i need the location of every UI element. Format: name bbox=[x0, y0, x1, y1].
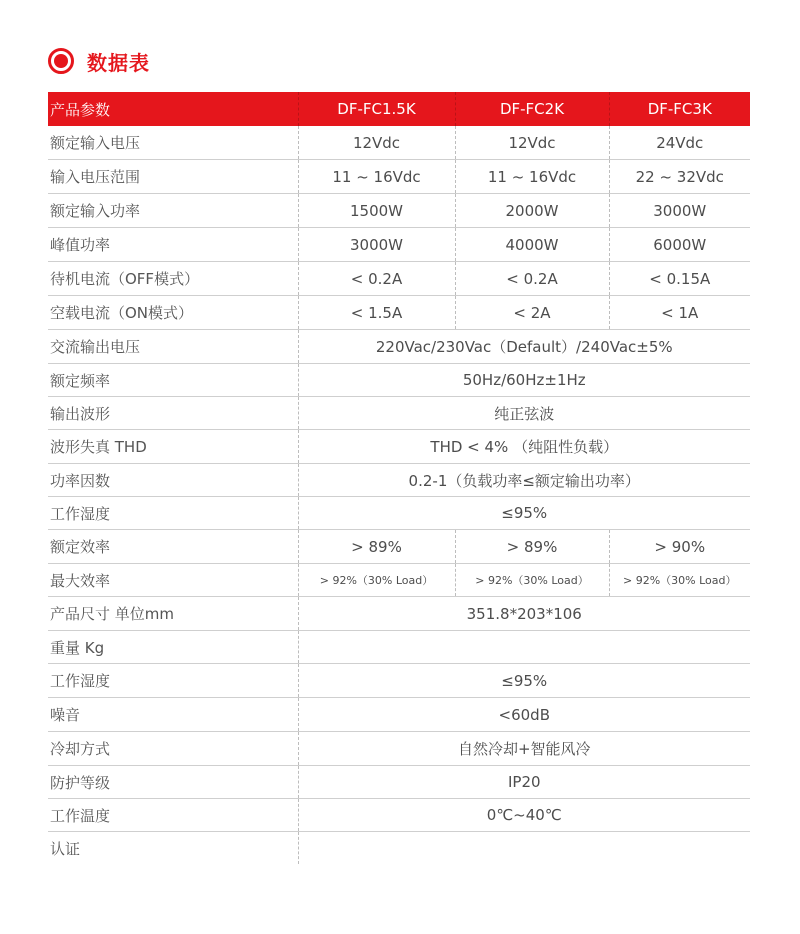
table-row: 输出波形纯正弦波 bbox=[48, 397, 750, 430]
cell-value-merged: 351.8*203*106 bbox=[298, 597, 750, 631]
column-header-model: DF-FC2K bbox=[455, 92, 609, 126]
cell-value-merged: 220Vac/230Vac（Default）/240Vac±5% bbox=[298, 330, 750, 364]
record-circle-icon bbox=[48, 48, 74, 74]
table-row: 空载电流（ON模式）< 1.5A< 2A< 1A bbox=[48, 296, 750, 330]
row-label: 功率因数 bbox=[48, 464, 298, 497]
cell-value: < 2A bbox=[455, 296, 609, 330]
table-header-row: 产品参数 DF-FC1.5K DF-FC2K DF-FC3K bbox=[48, 92, 750, 126]
cell-value-merged: 纯正弦波 bbox=[298, 397, 750, 430]
cell-value: > 92%（30% Load） bbox=[455, 564, 609, 597]
table-row: 峰值功率3000W4000W6000W bbox=[48, 228, 750, 262]
cell-value: 2000W bbox=[455, 194, 609, 228]
row-label: 待机电流（OFF模式） bbox=[48, 262, 298, 296]
table-row: 认证 bbox=[48, 832, 750, 865]
row-label: 额定效率 bbox=[48, 530, 298, 564]
row-label: 波形失真 THD bbox=[48, 430, 298, 464]
row-label: 冷却方式 bbox=[48, 732, 298, 766]
table-row: 冷却方式自然冷却+智能风冷 bbox=[48, 732, 750, 766]
cell-value: 12Vdc bbox=[298, 126, 455, 160]
cell-value: 11 ~ 16Vdc bbox=[455, 160, 609, 194]
cell-value-merged: 0.2-1（负载功率≤额定输出功率） bbox=[298, 464, 750, 497]
table-row: 额定输入电压12Vdc12Vdc24Vdc bbox=[48, 126, 750, 160]
table-row: 噪音<60dB bbox=[48, 698, 750, 732]
row-label: 额定输入电压 bbox=[48, 126, 298, 160]
table-row: 工作湿度≤95% bbox=[48, 497, 750, 530]
row-label: 重量 Kg bbox=[48, 631, 298, 664]
section-title: 数据表 bbox=[87, 47, 150, 76]
table-row: 工作温度0℃~40℃ bbox=[48, 799, 750, 832]
table-row: 工作湿度≤95% bbox=[48, 664, 750, 698]
column-header-model: DF-FC3K bbox=[609, 92, 750, 126]
cell-value: 11 ~ 16Vdc bbox=[298, 160, 455, 194]
table-row: 重量 Kg bbox=[48, 631, 750, 664]
row-label: 额定频率 bbox=[48, 364, 298, 397]
cell-value: 1500W bbox=[298, 194, 455, 228]
cell-value-merged: <60dB bbox=[298, 698, 750, 732]
cell-value: > 92%（30% Load） bbox=[298, 564, 455, 597]
row-label: 空载电流（ON模式） bbox=[48, 296, 298, 330]
cell-value-merged: 50Hz/60Hz±1Hz bbox=[298, 364, 750, 397]
cell-value: 3000W bbox=[298, 228, 455, 262]
row-label: 峰值功率 bbox=[48, 228, 298, 262]
column-header-parameter: 产品参数 bbox=[48, 92, 298, 126]
row-label: 噪音 bbox=[48, 698, 298, 732]
table-row: 防护等级IP20 bbox=[48, 766, 750, 799]
table-row: 交流输出电压220Vac/230Vac（Default）/240Vac±5% bbox=[48, 330, 750, 364]
table-row: 额定效率> 89%> 89%> 90% bbox=[48, 530, 750, 564]
cell-value: 4000W bbox=[455, 228, 609, 262]
table-row: 输入电压范围11 ~ 16Vdc11 ~ 16Vdc22 ~ 32Vdc bbox=[48, 160, 750, 194]
cell-value: < 1.5A bbox=[298, 296, 455, 330]
cell-value: < 0.15A bbox=[609, 262, 750, 296]
table-row: 待机电流（OFF模式）< 0.2A< 0.2A< 0.15A bbox=[48, 262, 750, 296]
cell-value: < 0.2A bbox=[455, 262, 609, 296]
row-label: 输出波形 bbox=[48, 397, 298, 430]
cell-value-merged bbox=[298, 832, 750, 865]
cell-value: < 1A bbox=[609, 296, 750, 330]
row-label: 额定输入功率 bbox=[48, 194, 298, 228]
cell-value-merged bbox=[298, 631, 750, 664]
row-label: 工作湿度 bbox=[48, 497, 298, 530]
table-row: 产品尺寸 单位mm351.8*203*106 bbox=[48, 597, 750, 631]
row-label: 防护等级 bbox=[48, 766, 298, 799]
row-label: 产品尺寸 单位mm bbox=[48, 597, 298, 631]
cell-value-merged: 自然冷却+智能风冷 bbox=[298, 732, 750, 766]
table-row: 额定频率50Hz/60Hz±1Hz bbox=[48, 364, 750, 397]
row-label: 最大效率 bbox=[48, 564, 298, 597]
row-label: 工作湿度 bbox=[48, 664, 298, 698]
cell-value: < 0.2A bbox=[298, 262, 455, 296]
cell-value: > 89% bbox=[298, 530, 455, 564]
column-header-model: DF-FC1.5K bbox=[298, 92, 455, 126]
section-header: 数据表 bbox=[48, 44, 150, 78]
cell-value: 24Vdc bbox=[609, 126, 750, 160]
row-label: 输入电压范围 bbox=[48, 160, 298, 194]
table-row: 最大效率> 92%（30% Load）> 92%（30% Load）> 92%（… bbox=[48, 564, 750, 597]
cell-value-merged: IP20 bbox=[298, 766, 750, 799]
table-row: 功率因数0.2-1（负载功率≤额定输出功率） bbox=[48, 464, 750, 497]
row-label: 工作温度 bbox=[48, 799, 298, 832]
row-label: 认证 bbox=[48, 832, 298, 865]
table-row: 额定输入功率1500W2000W3000W bbox=[48, 194, 750, 228]
table-row: 波形失真 THDTHD < 4% （纯阻性负载） bbox=[48, 430, 750, 464]
cell-value: > 92%（30% Load） bbox=[609, 564, 750, 597]
cell-value: > 89% bbox=[455, 530, 609, 564]
cell-value-merged: ≤95% bbox=[298, 664, 750, 698]
cell-value: 22 ~ 32Vdc bbox=[609, 160, 750, 194]
cell-value-merged: THD < 4% （纯阻性负载） bbox=[298, 430, 750, 464]
row-label: 交流输出电压 bbox=[48, 330, 298, 364]
cell-value-merged: 0℃~40℃ bbox=[298, 799, 750, 832]
cell-value: 12Vdc bbox=[455, 126, 609, 160]
cell-value: > 90% bbox=[609, 530, 750, 564]
spec-table: 产品参数 DF-FC1.5K DF-FC2K DF-FC3K 额定输入电压12V… bbox=[48, 92, 750, 864]
cell-value: 6000W bbox=[609, 228, 750, 262]
cell-value-merged: ≤95% bbox=[298, 497, 750, 530]
cell-value: 3000W bbox=[609, 194, 750, 228]
